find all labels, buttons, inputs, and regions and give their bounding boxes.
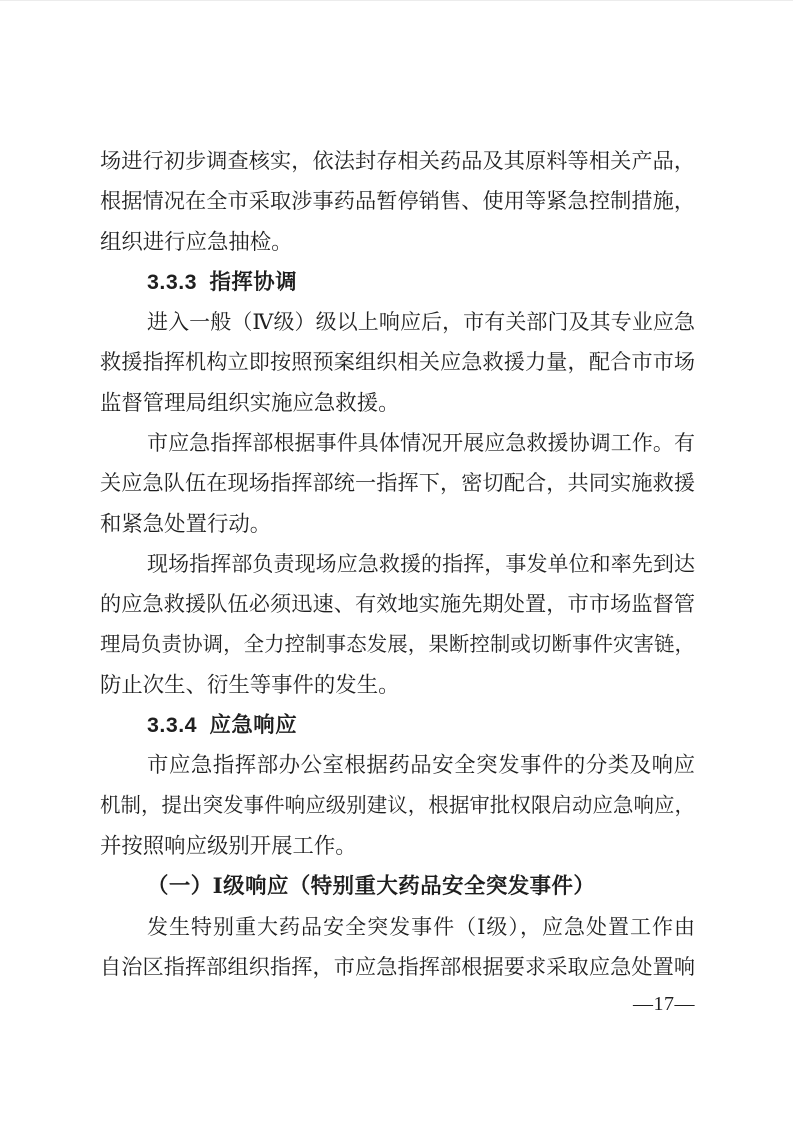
body-text-line: 自治区指挥部组织指挥，市应急指挥部根据要求采取应急处置响 [100, 947, 695, 987]
text-area: 场进行初步调查核实，依法封存相关药品及其原料等相关产品，根据情况在全市采取涉事药… [100, 141, 695, 987]
body-text-line: 机制，提出突发事件响应级别建议，根据审批权限启动应急响应， [100, 786, 695, 826]
body-text-line: 关应急队伍在现场指挥部统一指挥下，密切配合，共同实施救援 [100, 463, 695, 503]
body-text-line: 防止次生、衍生等事件的发生。 [100, 665, 695, 705]
body-text-line: 市应急指挥部办公室根据药品安全突发事件的分类及响应 [100, 745, 695, 785]
body-text-line: 市应急指挥部根据事件具体情况开展应急救援协调工作。有 [100, 423, 695, 463]
page-number: —17— [100, 992, 697, 1016]
body-text-line: 根据情况在全市采取涉事药品暂停销售、使用等紧急控制措施， [100, 181, 695, 221]
body-text-line: 场进行初步调查核实，依法封存相关药品及其原料等相关产品， [100, 141, 695, 181]
section-heading: 3.3.4 应急响应 [100, 705, 695, 745]
sub-heading: （一）Ⅰ级响应（特别重大药品安全突发事件） [100, 866, 695, 906]
body-text-line: 救援指挥机构立即按照预案组织相关应急救援力量，配合市市场 [100, 342, 695, 382]
document-page: 场进行初步调查核实，依法封存相关药品及其原料等相关产品，根据情况在全市采取涉事药… [0, 0, 793, 1122]
section-heading: 3.3.3 指挥协调 [100, 262, 695, 302]
body-text-line: 理局负责协调，全力控制事态发展，果断控制或切断事件灾害链， [100, 625, 695, 665]
body-text-line: 并按照响应级别开展工作。 [100, 826, 695, 866]
body-text-line: 组织进行应急抽检。 [100, 222, 695, 262]
body-text-line: 的应急救援队伍必须迅速、有效地实施先期处置，市市场监督管 [100, 584, 695, 624]
body-text-line: 监督管理局组织实施应急救援。 [100, 383, 695, 423]
body-text-line: 和紧急处置行动。 [100, 504, 695, 544]
body-text-line: 发生特别重大药品安全突发事件（Ⅰ级），应急处置工作由 [100, 907, 695, 947]
body-text-line: 进入一般（Ⅳ级）级以上响应后，市有关部门及其专业应急 [100, 302, 695, 342]
body-text-line: 现场指挥部负责现场应急救援的指挥，事发单位和率先到达 [100, 544, 695, 584]
